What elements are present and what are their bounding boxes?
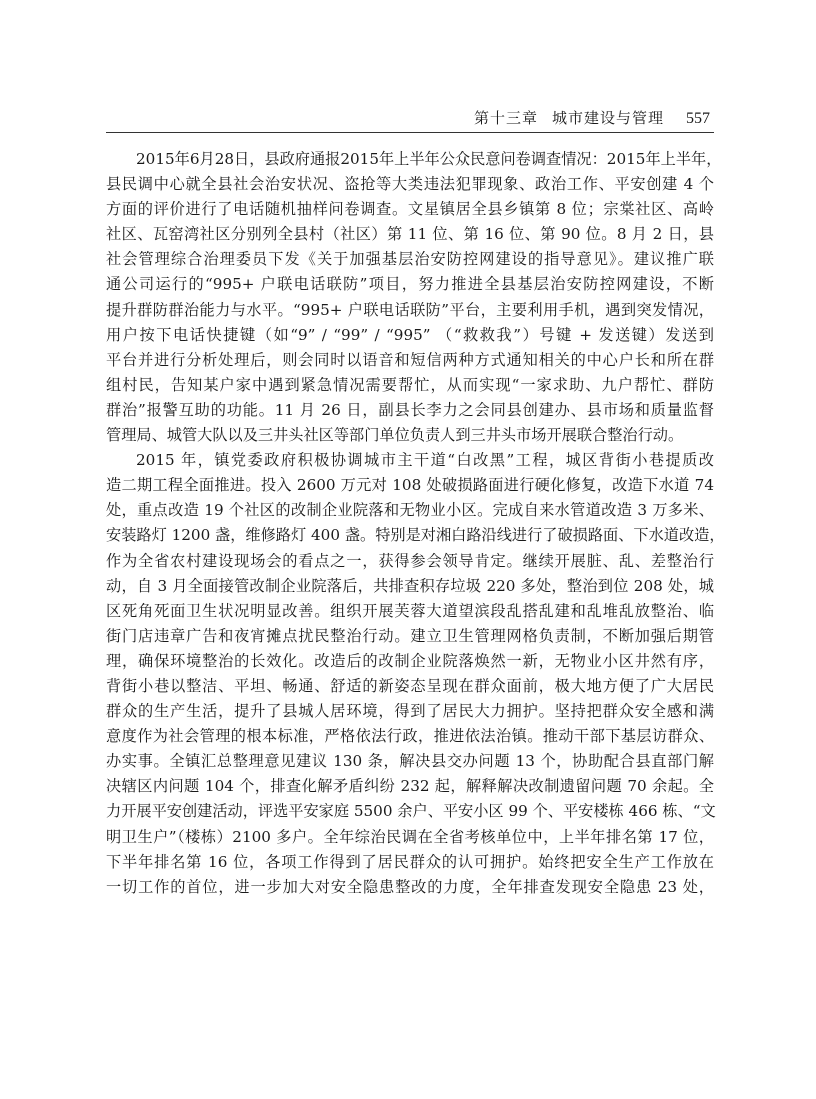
text-line: 县民调中心就全县社会治安状况、盗抢等大类违法犯罪现象、政治工作、平安创建 4 个	[106, 172, 714, 197]
text-line: 办实事。全镇汇总整理意见建议 130 条，解决县交办问题 13 个，协助配合县直…	[106, 749, 714, 774]
page-number: 557	[686, 110, 710, 127]
text-line: 2015 年，镇党委政府积极协调城市主干道“白改黑”工程，城区背街小巷提质改	[106, 448, 714, 473]
text-line: 意度作为社会管理的根本标准，严格依法行政，推进依法治镇。推动干部下基层访群众、	[106, 724, 714, 749]
text-line: 理，确保环境整治的长效化。改造后的改制企业院落焕然一新，无物业小区井然有序，	[106, 649, 714, 674]
text-line: 一切工作的首位，进一步加大对安全隐患整改的力度，全年排查发现安全隐患 23 处，	[106, 875, 714, 900]
text-line: 2015年6月28日，县政府通报2015年上半年公众民意问卷调查情况：2015年…	[106, 147, 714, 172]
text-line: 用户按下电话快捷键（如“9” / “99” / “995” （“救救我”）号键 …	[106, 323, 714, 348]
text-line: 造二期工程全面推进。投入 2600 万元对 108 处破损路面进行硬化修复，改造…	[106, 473, 714, 498]
text-line: 社区、瓦窑湾社区分别列全县村（社区）第 11 位、第 16 位、第 90 位。8…	[106, 222, 714, 247]
text-line: 通公司运行的“995+ 户联电话联防”项目，努力推进全县基层治安防控网建设，不断	[106, 272, 714, 297]
body-text: 2015年6月28日，县政府通报2015年上半年公众民意问卷调查情况：2015年…	[106, 147, 714, 900]
text-line: 群治”报警互助的功能。11 月 26 日，副县长李力之会同县创建办、县市场和质量…	[106, 398, 714, 423]
text-line: 作为全省农村建设现场会的看点之一，获得参会领导肯定。继续开展脏、乱、差整治行	[106, 549, 714, 574]
text-line: 明卫生户”（楼栋）2100 多户。全年综治民调在全省考核单位中，上半年排名第 1…	[106, 825, 714, 850]
text-line: 处，重点改造 19 个社区的改制企业院落和无物业小区。完成自来水管道改造 3 万…	[106, 498, 714, 523]
paragraph-2: 2015 年，镇党委政府积极协调城市主干道“白改黑”工程，城区背街小巷提质改 造…	[106, 448, 714, 900]
text-line: 方面的评价进行了电话随机抽样问卷调查。文星镇居全县乡镇第 8 位；宗棠社区、高岭	[106, 197, 714, 222]
text-line: 提升群防群治能力与水平。“995+ 户联电话联防”平台，主要利用手机，遇到突发情…	[106, 298, 714, 323]
text-line: 组村民，告知某户家中遇到紧急情况需要帮忙，从而实现“一家求助、九户帮忙、群防	[106, 373, 714, 398]
text-line: 下半年排名第 16 位，各项工作得到了居民群众的认可拥护。始终把安全生产工作放在	[106, 850, 714, 875]
text-line: 安装路灯 1200 盏，维修路灯 400 盏。特别是对湘白路沿线进行了破损路面、…	[106, 523, 714, 548]
text-line: 决辖区内问题 104 个，排查化解矛盾纠纷 232 起，解释解决改制遗留问题 7…	[106, 774, 714, 799]
text-line: 力开展平安创建活动，评选平安家庭 5500 余户、平安小区 99 个、平安楼栋 …	[106, 799, 714, 824]
text-line: 区死角死面卫生状况明显改善。组织开展芙蓉大道望滨段乱搭乱建和乱堆乱放整治、临	[106, 599, 714, 624]
chapter-label: 第十三章	[474, 109, 538, 127]
header-text: 第十三章城市建设与管理557	[474, 107, 710, 128]
text-line: 动，自 3 月全面接管改制企业院落后，共排查积存垃圾 220 多处，整治到位 2…	[106, 574, 714, 599]
text-line: 街门店违章广告和夜宵摊点扰民整治行动。建立卫生管理网格负责制，不断加强后期管	[106, 624, 714, 649]
text-line: 背街小巷以整洁、平坦、畅通、舒适的新姿态呈现在群众面前，极大地方便了广大居民	[106, 674, 714, 699]
text-line: 管理局、城管大队以及三井头社区等部门单位负责人到三井头市场开展联合整治行动。	[106, 423, 714, 448]
section-title: 城市建设与管理	[552, 109, 664, 127]
text-line: 群众的生产生活，提升了县城人居环境，得到了居民大力拥护。坚持把群众安全感和满	[106, 699, 714, 724]
paragraph-1: 2015年6月28日，县政府通报2015年上半年公众民意问卷调查情况：2015年…	[106, 147, 714, 448]
text-line: 平台并进行分析处理后，则会同时以语音和短信两种方式通知相关的中心户长和所在群	[106, 348, 714, 373]
running-header: 第十三章城市建设与管理557	[106, 103, 714, 133]
text-line: 社会管理综合治理委员下发《关于加强基层治安防控网建设的指导意见》。建议推广联	[106, 247, 714, 272]
